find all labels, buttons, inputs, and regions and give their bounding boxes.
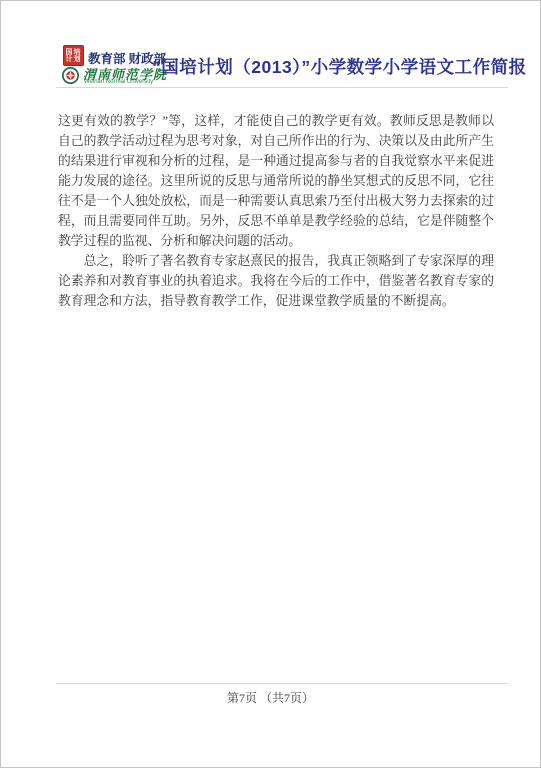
body-content: 这更有效的教学？”等，这样，才能使自己的教学更有效。教师反思是教师以自己的教学活… bbox=[58, 111, 494, 311]
university-name-en: Weinan Normal University bbox=[84, 79, 153, 85]
footer-divider bbox=[56, 683, 508, 684]
paragraph: 总之，聆听了著名教育专家赵熹民的报告，我真正领略到了专家深厚的理论素养和对教育事… bbox=[58, 251, 494, 311]
page-number: 第7页 （共7页） bbox=[1, 689, 540, 706]
seal-text-line2: 计划 bbox=[66, 56, 82, 63]
guopei-seal-icon: 国培 计划 bbox=[63, 45, 84, 66]
paragraph: 这更有效的教学？”等，这样，才能使自己的教学更有效。教师反思是教师以自己的教学活… bbox=[58, 111, 494, 251]
document-page: 国培 计划 教育部 财政部 渭南师范学院 Weinan Normal Unive… bbox=[0, 0, 541, 768]
university-emblem-icon bbox=[62, 67, 79, 84]
header-divider bbox=[56, 87, 508, 88]
briefing-title: “国培计划（2013）”小学数学小学语文工作简报 bbox=[152, 54, 527, 79]
seal-text-line1: 国培 bbox=[66, 49, 82, 56]
page-header: 国培 计划 教育部 财政部 渭南师范学院 Weinan Normal Unive… bbox=[1, 1, 540, 91]
